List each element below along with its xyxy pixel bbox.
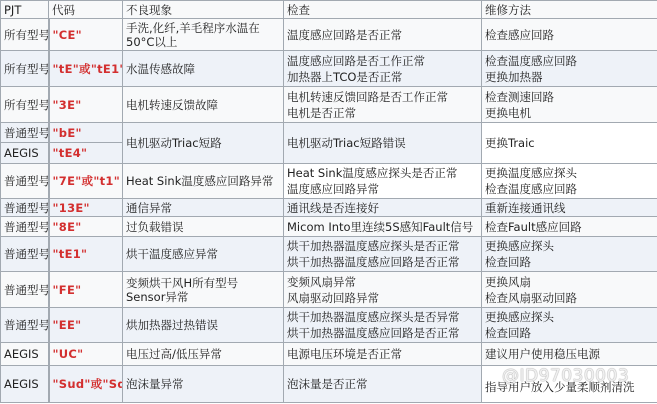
- code-cell: "8E": [49, 217, 123, 237]
- repair-cell: 重新连接通讯线: [482, 199, 657, 217]
- pjt-cell: 普通型号: [1, 217, 49, 237]
- table-row: 普通型号 "8E" 过负载错误 Micom Into里连续5S感知Fault信号…: [1, 217, 657, 237]
- repair-cell: 更换感应探头 检查回路: [482, 308, 657, 343]
- check-line: 风扇驱动回路异常: [287, 290, 478, 306]
- pjt-cell: 普通型号: [1, 164, 49, 199]
- check-line: 烘干加热器温度感应回路是否正常: [287, 254, 478, 270]
- repair-line: 更换电机: [485, 105, 654, 121]
- code-cell: "7E"或"t1": [49, 164, 123, 199]
- table-row: 普通型号 "FE" 变频烘干风H所有型号 Sensor异常 变频风扇异常 风扇驱…: [1, 272, 657, 308]
- repair-line: 更换感应探头: [485, 238, 654, 254]
- table-row: 普通型号 "7E"或"t1" Heat Sink温度感应回路异常 Heat Si…: [1, 164, 657, 199]
- check-cell: 电机驱动Triac短路错误: [284, 123, 482, 164]
- repair-line: 重新连接通讯线: [485, 200, 654, 216]
- table-row: AEGIS "Sud"或"Sd" 泡沫量异常 泡沫量是否正常 指导用户放入少量柔…: [1, 366, 657, 403]
- code-cell: "13E": [49, 199, 123, 217]
- repair-line: 更换温度感应探头: [485, 165, 654, 181]
- pjt-cell: 普通型号: [1, 272, 49, 308]
- symptom-cell: 水温传感故障: [123, 51, 284, 87]
- pjt-cell: 普通型号: [1, 308, 49, 343]
- check-line: Heat Sink温度感应探头是否正常: [287, 165, 478, 181]
- check-line: 温度感应回路是否正常: [287, 27, 478, 43]
- check-line: 烘干加热器温度感应探头是否异常: [287, 309, 478, 325]
- repair-line: 更换Traic: [485, 135, 654, 151]
- symptom-cell: 烘加热器过热错误: [123, 308, 284, 343]
- check-line: 温度感应回路异常: [287, 181, 478, 197]
- repair-line: 更换加热器: [485, 69, 654, 85]
- header-row: PJT 代码 不良现象 检查 维修方法: [1, 1, 657, 19]
- repair-cell: 检查温度感应回路 更换加热器: [482, 51, 657, 87]
- symptom-cell: 电机驱动Triac短路: [123, 123, 284, 164]
- repair-cell: 检查Fault感应回路: [482, 217, 657, 237]
- repair-line: 检查温度感应回路: [485, 181, 654, 197]
- code-cell: "EE": [49, 308, 123, 343]
- check-cell: 温度感应回路是否工作正常 加热器上TCO是否正常: [284, 51, 482, 87]
- error-code-table: PJT 代码 不良现象 检查 维修方法 所有型号 "CE" 手洗,化纤,羊毛程序…: [0, 0, 657, 403]
- symptom-cell: Heat Sink温度感应回路异常: [123, 164, 284, 199]
- table-row: 所有型号 "CE" 手洗,化纤,羊毛程序水温在50°C以上 温度感应回路是否正常…: [1, 19, 657, 51]
- repair-line: 建议用户使用稳压电源: [485, 346, 654, 362]
- repair-line: 更换风扇: [485, 274, 654, 290]
- repair-cell: 检查感应回路: [482, 19, 657, 51]
- repair-cell: 更换温度感应探头 检查温度感应回路: [482, 164, 657, 199]
- check-line: 温度感应回路是否工作正常: [287, 53, 478, 69]
- code-cell: "CE": [49, 19, 123, 51]
- check-line: 加热器上TCO是否正常: [287, 69, 478, 85]
- symptom-cell: 通信异常: [123, 199, 284, 217]
- code-cell: "bE": [49, 123, 123, 143]
- pjt-cell: AEGIS: [1, 343, 49, 366]
- table-row: 普通型号 "13E" 通信异常 通讯线是否连接好 重新连接通讯线: [1, 199, 657, 217]
- check-cell: 电源电压环境是否正常: [284, 343, 482, 366]
- header-symptom: 不良现象: [123, 1, 284, 19]
- table-row: AEGIS "UC" 电压过高/低压异常 电源电压环境是否正常 建议用户使用稳压…: [1, 343, 657, 366]
- repair-line: 检查回路: [485, 254, 654, 270]
- repair-line: 检查回路: [485, 325, 654, 341]
- symptom-cell: 泡沫量异常: [123, 366, 284, 403]
- repair-cell: 检查测速回路 更换电机: [482, 87, 657, 123]
- code-cell: "tE4": [49, 143, 123, 164]
- pjt-cell: 普通型号: [1, 237, 49, 272]
- check-line: 烘干加热器温度感应回路是否正常: [287, 325, 478, 341]
- check-line: 变频风扇异常: [287, 274, 478, 290]
- code-cell: "tE1": [49, 237, 123, 272]
- pjt-cell: AEGIS: [1, 366, 49, 403]
- table-row: 所有型号 "3E" 电机转速反馈故障 电机转速反馈回路是否工作正常 电机是否正常…: [1, 87, 657, 123]
- repair-cell: 建议用户使用稳压电源: [482, 343, 657, 366]
- check-cell: Heat Sink温度感应探头是否正常 温度感应回路异常: [284, 164, 482, 199]
- table-row: 普通型号 "tE1" 烘干温度感应异常 烘干加热器温度感应探头是否正常 烘干加热…: [1, 237, 657, 272]
- pjt-cell: AEGIS: [1, 143, 49, 164]
- check-line: 通讯线是否连接好: [287, 200, 478, 216]
- check-cell: 电机转速反馈回路是否工作正常 电机是否正常: [284, 87, 482, 123]
- check-cell: 通讯线是否连接好: [284, 199, 482, 217]
- code-cell: "Sud"或"Sd": [49, 366, 123, 403]
- header-repair: 维修方法: [482, 1, 657, 19]
- pjt-cell: 所有型号: [1, 87, 49, 123]
- check-line: 电机是否正常: [287, 105, 478, 121]
- header-pjt: PJT: [1, 1, 49, 19]
- repair-line: 检查感应回路: [485, 27, 654, 43]
- repair-line: 指导用户放入少量柔顺剂清洗: [485, 373, 654, 395]
- code-cell: "UC": [49, 343, 123, 366]
- check-cell: 温度感应回路是否正常: [284, 19, 482, 51]
- check-line: 电机驱动Triac短路错误: [287, 135, 478, 151]
- pjt-cell: 普通型号: [1, 199, 49, 217]
- check-cell: 泡沫量是否正常: [284, 366, 482, 403]
- repair-line: 检查测速回路: [485, 89, 654, 105]
- code-cell: "3E": [49, 87, 123, 123]
- check-line: 泡沫量是否正常: [287, 376, 478, 392]
- repair-line: 检查风扇驱动回路: [485, 290, 654, 306]
- symptom-cell: 电压过高/低压异常: [123, 343, 284, 366]
- table-row: 普通型号 "bE" 电机驱动Triac短路 电机驱动Triac短路错误 更换Tr…: [1, 123, 657, 143]
- check-cell: Micom Into里连续5S感知Fault信号: [284, 217, 482, 237]
- repair-cell: 更换感应探头 检查回路: [482, 237, 657, 272]
- symptom-cell: 电机转速反馈故障: [123, 87, 284, 123]
- symptom-cell: 变频烘干风H所有型号 Sensor异常: [123, 272, 284, 308]
- repair-line: 检查温度感应回路: [485, 53, 654, 69]
- table-row: 普通型号 "EE" 烘加热器过热错误 烘干加热器温度感应探头是否异常 烘干加热器…: [1, 308, 657, 343]
- check-line: 烘干加热器温度感应探头是否正常: [287, 238, 478, 254]
- check-line: 电源电压环境是否正常: [287, 346, 478, 362]
- repair-line: 检查Fault感应回路: [485, 219, 654, 235]
- pjt-cell: 所有型号: [1, 51, 49, 87]
- pjt-cell: 所有型号: [1, 19, 49, 51]
- symptom-cell: 过负载错误: [123, 217, 284, 237]
- code-cell: "tE"或"tE1": [49, 51, 123, 87]
- table-row: 所有型号 "tE"或"tE1" 水温传感故障 温度感应回路是否工作正常 加热器上…: [1, 51, 657, 87]
- code-cell: "FE": [49, 272, 123, 308]
- repair-cell: 更换Traic: [482, 123, 657, 164]
- check-line: 电机转速反馈回路是否工作正常: [287, 89, 478, 105]
- check-cell: 变频风扇异常 风扇驱动回路异常: [284, 272, 482, 308]
- check-cell: 烘干加热器温度感应探头是否异常 烘干加热器温度感应回路是否正常: [284, 308, 482, 343]
- header-check: 检查: [284, 1, 482, 19]
- symptom-cell: 手洗,化纤,羊毛程序水温在50°C以上: [123, 19, 284, 51]
- header-code: 代码: [49, 1, 123, 19]
- check-line: Micom Into里连续5S感知Fault信号: [287, 219, 478, 235]
- check-cell: 烘干加热器温度感应探头是否正常 烘干加热器温度感应回路是否正常: [284, 237, 482, 272]
- pjt-cell: 普通型号: [1, 123, 49, 143]
- repair-cell: 指导用户放入少量柔顺剂清洗: [482, 366, 657, 403]
- repair-line: 更换感应探头: [485, 309, 654, 325]
- symptom-cell: 烘干温度感应异常: [123, 237, 284, 272]
- repair-cell: 更换风扇 检查风扇驱动回路: [482, 272, 657, 308]
